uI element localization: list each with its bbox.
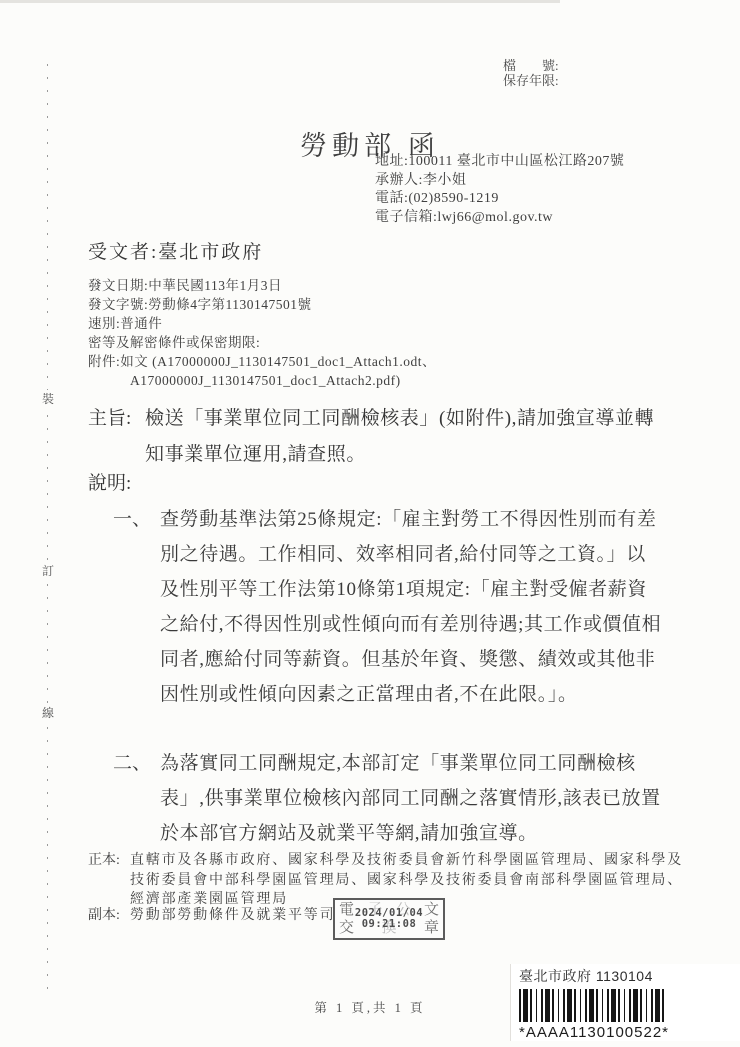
binding-margin: 裝 訂 線 xyxy=(40,64,56,994)
barcode-code: *AAAA1130100522* xyxy=(519,1024,740,1041)
barcode-agency: 臺北市政府 1130104 xyxy=(519,966,740,986)
binding-mark-xian: 線 xyxy=(40,704,56,722)
original-label: 正本: xyxy=(88,851,130,871)
official-letter-page: 裝 訂 線 檔 號: 保存年限: 勞動部 函 地址:100011 臺北市中山區松… xyxy=(0,0,740,1047)
item-number: 二、 xyxy=(113,746,160,781)
send-date-line: 發文日期:中華民國113年1月3日 xyxy=(88,276,436,295)
subject-section: 主旨: 檢送「事業單位同工同酬檢核表」(如附件),請加強宣導並轉知事業單位運用,… xyxy=(88,401,660,473)
document-title: 勞動部 函 xyxy=(0,124,740,163)
explanation-item-1: 一、 查勞動基準法第25條規定:「雇主對勞工不得因性別而有差別之待遇。工作相同、… xyxy=(113,502,665,712)
stamp-time: 09:21:08 xyxy=(362,919,417,930)
file-number-block: 檔 號: 保存年限: xyxy=(503,58,559,88)
barcode xyxy=(519,989,667,1022)
attachment-line-1: 附件:如文 (A17000000J_1130147501_doc1_Attach… xyxy=(88,352,436,371)
explanation-item-2: 二、 為落實同工同酬規定,本部訂定「事業單位同工同酬檢核表」,供事業單位檢核內部… xyxy=(113,746,665,851)
explanation-heading: 說明: xyxy=(88,468,131,495)
subject-text: 檢送「事業單位同工同酬檢核表」(如附件),請加強宣導並轉知事業單位運用,請查照。 xyxy=(145,401,660,473)
speed-class-line: 速別:普通件 xyxy=(88,314,436,333)
file-no-label: 檔 號: xyxy=(503,58,559,73)
sender-address-line: 地址:100011 臺北市中山區松江路207號 xyxy=(375,153,624,172)
sender-email-line: 電子信箱:lwj66@mol.gov.tw xyxy=(375,209,624,228)
security-class-line: 密等及解密條件或保密期限: xyxy=(88,333,436,352)
sender-info-block: 地址:100011 臺北市中山區松江路207號 承辦人:李小姐 電話:(02)8… xyxy=(375,153,624,227)
item-number: 一、 xyxy=(113,502,160,537)
e-document-exchange-stamp: 電 子 公 文 交 換 章 2024/01/04 09:21:08 xyxy=(333,898,445,940)
attachment-line-2: A17000000J_1130147501_doc1_Attach2.pdf) xyxy=(130,371,436,390)
doc-number-line: 發文字號:勞動條4字第1130147501號 xyxy=(88,295,436,314)
stamp-datetime: 2024/01/04 09:21:08 xyxy=(335,900,443,938)
copy-label: 副本: xyxy=(88,906,130,926)
subject-label: 主旨: xyxy=(88,401,145,437)
sender-phone-line: 電話:(02)8590-1219 xyxy=(375,190,624,209)
barcode-block: 臺北市政府 1130104 *AAAA1130100522* xyxy=(510,964,740,1041)
copy-recipients: 副本: 勞動部勞動條件及就業平等司 電 子 公 文 交 換 章 2024/01/… xyxy=(88,906,698,926)
sender-officer-line: 承辦人:李小姐 xyxy=(375,172,624,191)
recipient-line: 受文者:臺北市政府 xyxy=(88,237,263,264)
item-text: 查勞動基準法第25條規定:「雇主對勞工不得因性別而有差別之待遇。工作相同、效率相… xyxy=(160,502,665,712)
item-text: 為落實同工同酬規定,本部訂定「事業單位同工同酬檢核表」,供事業單位檢核內部同工同… xyxy=(160,746,665,851)
binding-mark-ding: 訂 xyxy=(40,562,56,580)
binding-mark-zhuang: 裝 xyxy=(40,390,56,408)
meta-block: 發文日期:中華民國113年1月3日 發文字號:勞動條4字第1130147501號… xyxy=(88,276,436,390)
retention-label: 保存年限: xyxy=(503,73,559,88)
